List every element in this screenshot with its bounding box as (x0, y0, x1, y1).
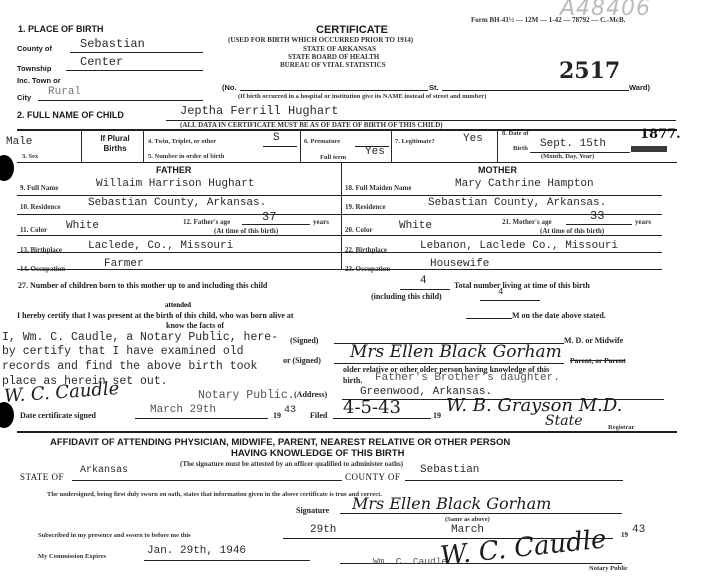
affidavit-county-value: Sebastian (420, 464, 479, 476)
signed-label: (Signed) (290, 336, 318, 345)
certificate-subtitle: (USED FOR BIRTH WHICH OCCURRED PRIOR TO … (228, 36, 413, 44)
year-value: 43 (284, 405, 296, 416)
mother-color-label: 20. Color (345, 226, 373, 234)
notary-name: Wm. C. Caudle (373, 556, 447, 567)
dob-label-2: Birth (513, 145, 528, 152)
signer-signature: Mrs Ellen Black Gorham (350, 342, 562, 362)
county-label: County of (17, 44, 52, 53)
ward-label: Ward) (629, 83, 650, 92)
twin-label: 4. Twin, Triplet, or other (148, 138, 216, 145)
form-id: Form BH-41½ — 12M — 1-42 — 78792 — C.-Mc… (471, 16, 625, 24)
certificate-number: 2517 (559, 58, 620, 84)
no-label: (No. (222, 83, 237, 92)
subscribed-month: March (451, 524, 484, 536)
township-value: Center (80, 55, 123, 69)
mother-residence-value: Sebastian County, Arkansas. (428, 197, 606, 209)
or-signed-label: or (Signed) (283, 356, 321, 365)
dob-year: 1877. (640, 127, 681, 142)
father-age-label: 12. Father's age (183, 218, 230, 226)
father-name-label: 9. Full Name (20, 184, 58, 192)
order-label: 5. Number in order of birth (148, 153, 224, 160)
child-name-label: 2. FULL NAME OF CHILD (17, 110, 124, 120)
city-label: City (17, 93, 31, 102)
year-prefix: 19 (273, 411, 281, 420)
subscribed-year-prefix: 19 (621, 531, 628, 539)
father-age-value: 37 (262, 210, 276, 224)
full-term-label: Full term (320, 154, 346, 161)
mother-age-caption: (At time of this birth) (540, 227, 604, 235)
children-count-value: 4 (420, 275, 427, 287)
affidavit-note: (The signature must be attested by an of… (180, 460, 403, 468)
commission-label: My Commission Expires (38, 553, 106, 560)
mother-heading: MOTHER (478, 165, 517, 175)
children-living-label: Total number living at time of this birt… (454, 281, 590, 290)
birth-label: birth. (343, 376, 362, 385)
father-age-caption: (At time of this birth) (214, 227, 278, 235)
filed-year-prefix: 19 (433, 411, 441, 420)
certify-line: I hereby certify that I was present at t… (17, 311, 294, 320)
father-heading: FATHER (156, 165, 191, 175)
plural-births-label: If Plural Births (90, 134, 140, 154)
children-count-label: 27. Number of children born to this moth… (18, 281, 267, 290)
notary-text-1: I, Wm. C. Caudle, a Notary Public, here- (2, 330, 278, 345)
bureau-heading: BUREAU OF VITAL STATISTICS (280, 61, 386, 69)
certificate-title: CERTIFICATE (316, 24, 388, 36)
father-residence-value: Sebastian County, Arkansas. (88, 197, 266, 209)
city-value: Rural (48, 86, 81, 98)
subscribed-year: 43 (632, 524, 645, 536)
mother-age-value: 33 (590, 209, 604, 223)
premature-label: 6. Premature (304, 138, 340, 145)
date-signed-value: March 29th (150, 404, 216, 416)
same-as-above: (Same as above) (445, 516, 490, 523)
address-label: (Address) (294, 390, 327, 399)
affidavit-title-2: HAVING KNOWLEDGE OF THIS BIRTH (231, 448, 404, 459)
attended-insert: attended (165, 301, 191, 309)
md-midwife-label: M. D. or Midwife (564, 336, 623, 345)
legitimate-value: Yes (463, 133, 483, 145)
notary-text-2: by certify that I have examined old (2, 345, 244, 358)
data-note: (ALL DATA IN CERTIFICATE MUST BE AS OF D… (180, 121, 443, 129)
subscribed-day: 29th (310, 524, 336, 536)
affidavit-state-value: Arkansas (80, 465, 128, 476)
notary-public-label: Notary Public (589, 565, 628, 572)
mother-name-label: 18. Full Maiden Name (345, 184, 412, 192)
parent-label: Parent, or Parent (570, 356, 626, 365)
mother-color-value: White (399, 220, 432, 232)
legitimate-label: 7. Legitimate? (395, 138, 435, 145)
twin-value: S (273, 132, 280, 144)
mother-age-label: 21. Mother's age (502, 218, 552, 226)
relation-value: Father's Brother's daughter. (375, 372, 560, 384)
dob-caption: (Month, Day, Year) (541, 153, 594, 160)
sex-label: 3. Sex (22, 153, 38, 160)
commission-value: Jan. 29th, 1946 (147, 545, 246, 557)
dob-label-1: 8. Date of (502, 130, 529, 137)
father-color-label: 11. Color (20, 226, 47, 234)
child-name-value: Jeptha Ferrill Hughart (180, 104, 338, 118)
notary-text-3: records and find the above birth took (2, 360, 257, 373)
mother-name-value: Mary Cathrine Hampton (455, 178, 594, 190)
father-birthplace-value: Laclede, Co., Missouri (88, 240, 233, 252)
know-facts-label: know the facts of (166, 321, 224, 330)
certify-line-end: M on the date above stated. (512, 311, 606, 320)
state-heading: STATE OF ARKANSAS (303, 45, 376, 53)
affidavit-signature: Mrs Ellen Black Gorham (352, 494, 551, 513)
inc-town-label: Inc. Town or (17, 76, 61, 85)
registrar-label: Registrar (608, 424, 634, 431)
notary-public-text: Notary Public. (198, 389, 295, 402)
filed-value: 4-5-43 (343, 397, 401, 418)
father-residence-label: 10. Residence (20, 203, 60, 211)
filed-label: Filed (310, 411, 327, 420)
board-heading: STATE BOARD OF HEALTH (288, 53, 379, 61)
state-of-label: STATE OF (20, 472, 64, 482)
full-term-value: Yes (365, 146, 385, 158)
dob-value: Sept. 15th (540, 138, 606, 150)
place-of-birth-label: 1. PLACE OF BIRTH (18, 24, 104, 34)
punch-hole (0, 155, 14, 181)
father-name-value: Willaim Harrison Hughart (96, 178, 254, 190)
county-of-label: COUNTY OF (345, 472, 400, 482)
redacted-mark (631, 146, 667, 152)
subscribed-label: Subscribed in my presence and sworn to b… (38, 532, 191, 539)
sex-value: Male (6, 136, 32, 148)
county-value: Sebastian (80, 37, 145, 51)
children-living-label-2: (including this child) (371, 292, 442, 301)
signature-label: Signature (296, 506, 329, 515)
father-age-unit: years (313, 218, 329, 226)
date-signed-label: Date certificate signed (20, 411, 96, 420)
mother-residence-label: 19. Residence (345, 203, 385, 211)
children-living-value: 4 (498, 287, 503, 297)
township-label: Township (17, 64, 51, 73)
mother-birthplace-value: Lebanon, Laclede Co., Missouri (420, 240, 618, 252)
registrar-signature: W. B. Grayson M.D. (446, 395, 622, 416)
affidavit-title-1: AFFIDAVIT OF ATTENDING PHYSICIAN, MIDWIF… (50, 437, 510, 448)
hospital-note: (If birth occurred in a hospital or inst… (238, 93, 486, 100)
mother-age-unit: years (635, 218, 651, 226)
oath-text: The undersigned, being first duly sworn … (47, 491, 382, 498)
father-color-value: White (66, 220, 99, 232)
street-label: St. (429, 83, 439, 92)
registrar-state: State (545, 413, 582, 429)
